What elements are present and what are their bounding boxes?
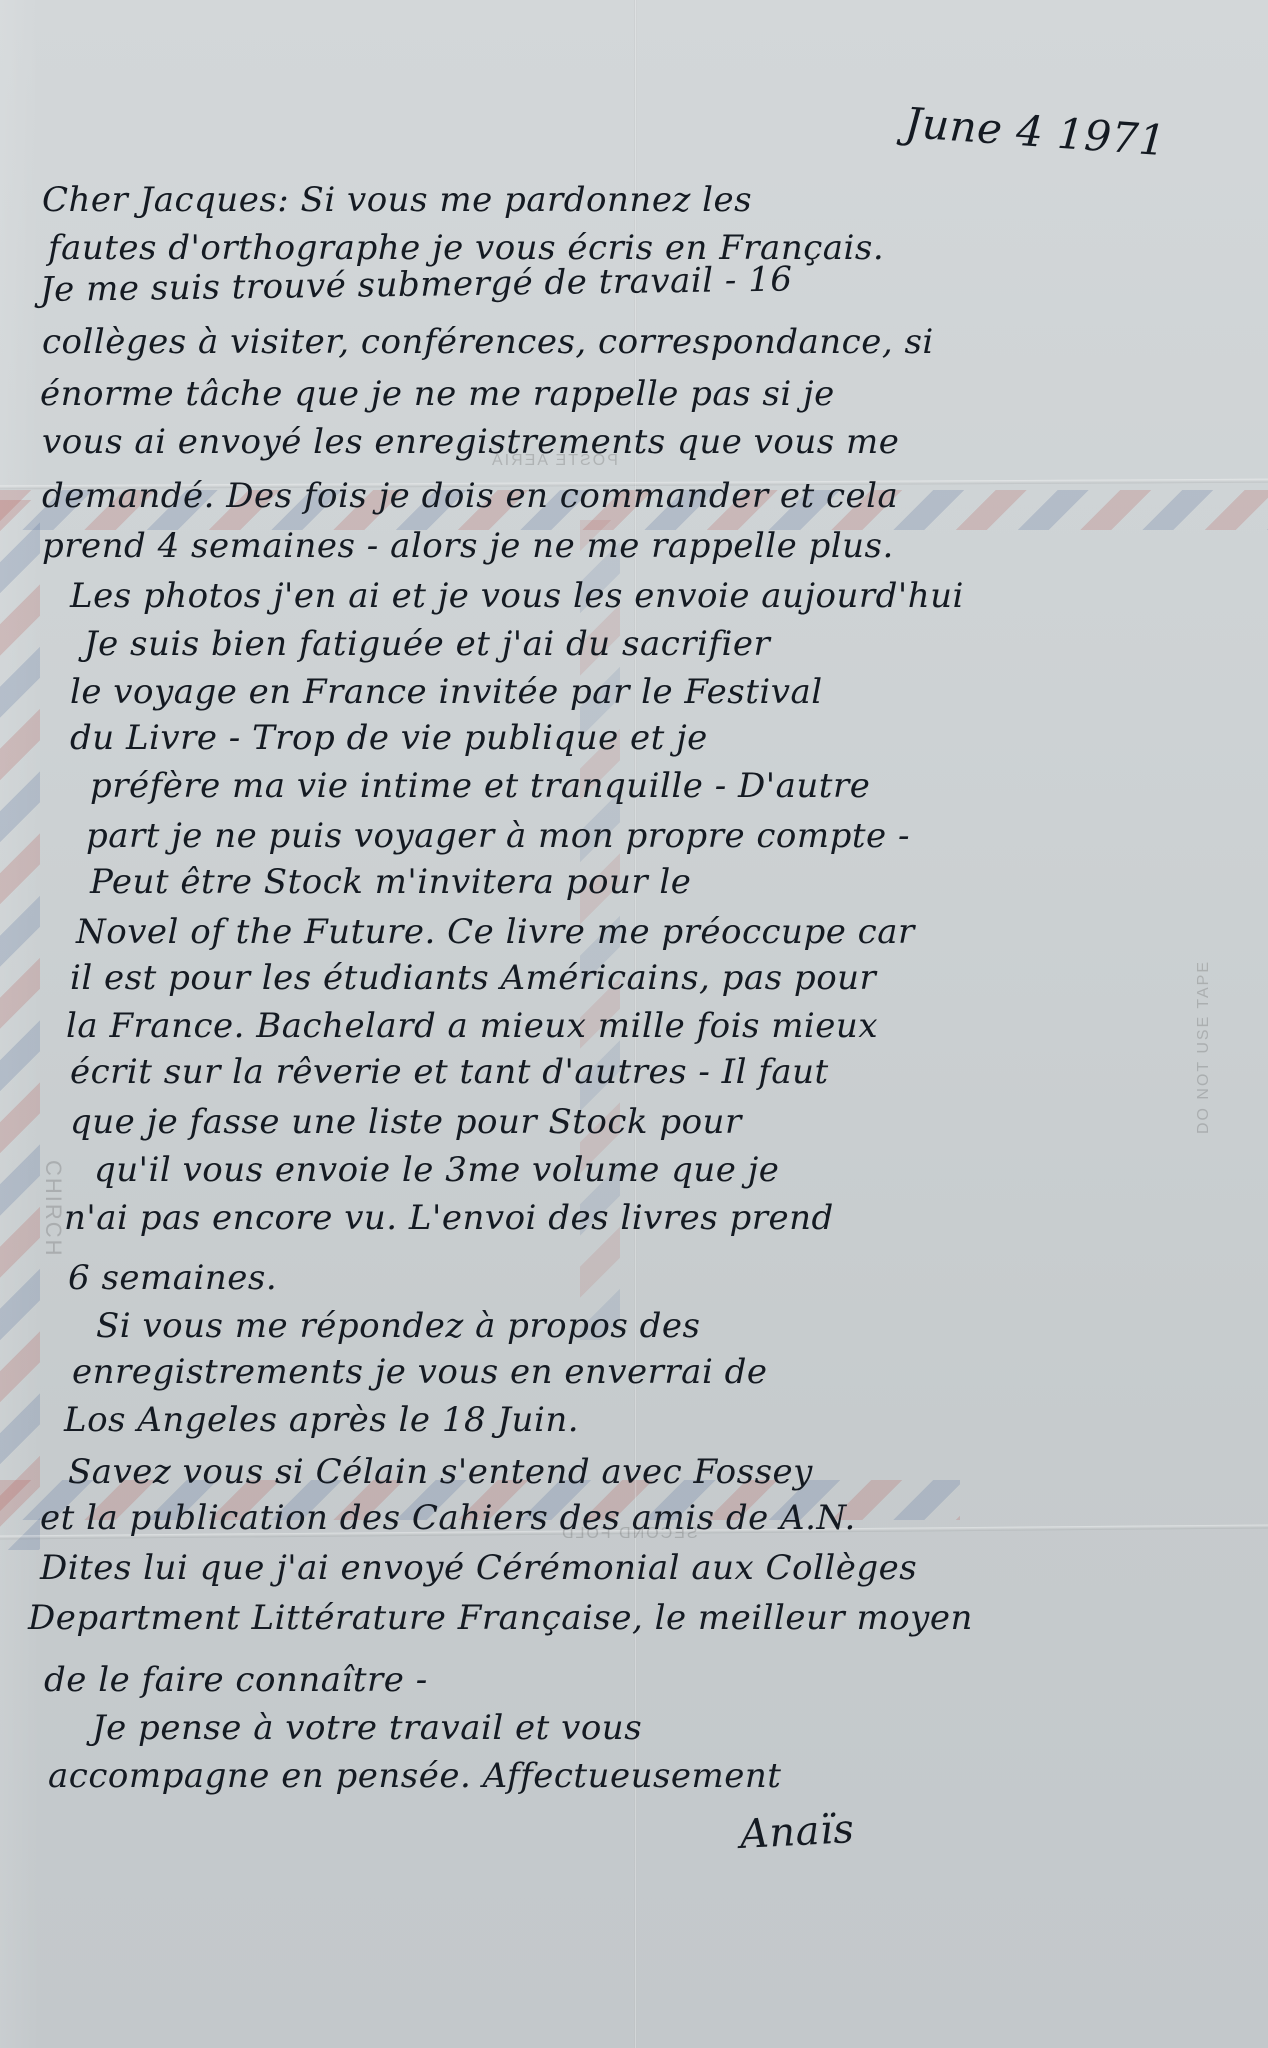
letter-line: Peut être Stock m'invitera pour le <box>90 862 691 902</box>
letter-line: Si vous me répondez à propos des <box>96 1306 700 1346</box>
letter-line: demandé. Des fois je dois en commander e… <box>42 476 898 516</box>
letter-paper: POSTE AERIA DO NOT USE TAPE CHIRCH SECON… <box>0 0 1268 2048</box>
letter-line: écrit sur la rêverie et tant d'autres - … <box>70 1052 829 1092</box>
letter-line: Department Littérature Française, le mei… <box>28 1598 973 1638</box>
signature: Anaïs <box>739 1806 856 1858</box>
letter-line: préfère ma vie intime et tranquille - D'… <box>90 766 870 806</box>
letter-line: qu'il vous envoie le 3me volume que je <box>94 1150 779 1190</box>
letter-date: June 4 1971 <box>903 98 1167 165</box>
letter-line: énorme tâche que je ne me rappelle pas s… <box>40 374 835 414</box>
letter-line: il est pour les étudiants Américains, pa… <box>70 958 876 998</box>
letter-line: 6 semaines. <box>68 1258 277 1298</box>
letter-line: le voyage en France invitée par le Festi… <box>70 672 823 712</box>
letter-line: du Livre - Trop de vie publique et je <box>70 718 708 758</box>
envelope-print: DO NOT USE TAPE <box>1195 960 1213 1134</box>
letter-line: Savez vous si Célain s'entend avec Fosse… <box>68 1452 813 1492</box>
letter-line: Novel of the Future. Ce livre me préoccu… <box>76 912 915 952</box>
letter-line: la France. Bachelard a mieux mille fois … <box>66 1006 878 1046</box>
letter-line: n'ai pas encore vu. L'envoi des livres p… <box>64 1198 834 1238</box>
envelope-print: CHIRCH <box>40 1160 66 1258</box>
letter-line: part je ne puis voyager à mon propre com… <box>86 816 910 856</box>
letter-line: Je pense à votre travail et vous <box>92 1708 642 1748</box>
letter-line: et la publication des Cahiers des amis d… <box>40 1498 856 1538</box>
letter-line: collèges à visiter, conférences, corresp… <box>42 322 934 362</box>
letter-line: que je fasse une liste pour Stock pour <box>70 1102 742 1142</box>
letter-line: vous ai envoyé les enregistrements que v… <box>42 422 899 462</box>
airmail-stripes <box>0 500 40 1550</box>
letter-line: Je suis bien fatiguée et j'ai du sacrifi… <box>84 624 770 664</box>
letter-line: enregistrements je vous en enverrai de <box>72 1352 768 1392</box>
letter-line: accompagne en pensée. Affectueusement <box>48 1756 781 1796</box>
letter-line: Les photos j'en ai et je vous les envoie… <box>70 576 964 616</box>
letter-line: de le faire connaître - <box>44 1660 428 1700</box>
letter-line: prend 4 semaines - alors je ne me rappel… <box>42 526 894 566</box>
letter-line: Cher Jacques: Si vous me pardonnez les <box>42 180 752 220</box>
letter-line: Dites lui que j'ai envoyé Cérémonial aux… <box>40 1548 917 1588</box>
letter-line: Los Angeles après le 18 Juin. <box>64 1400 579 1440</box>
